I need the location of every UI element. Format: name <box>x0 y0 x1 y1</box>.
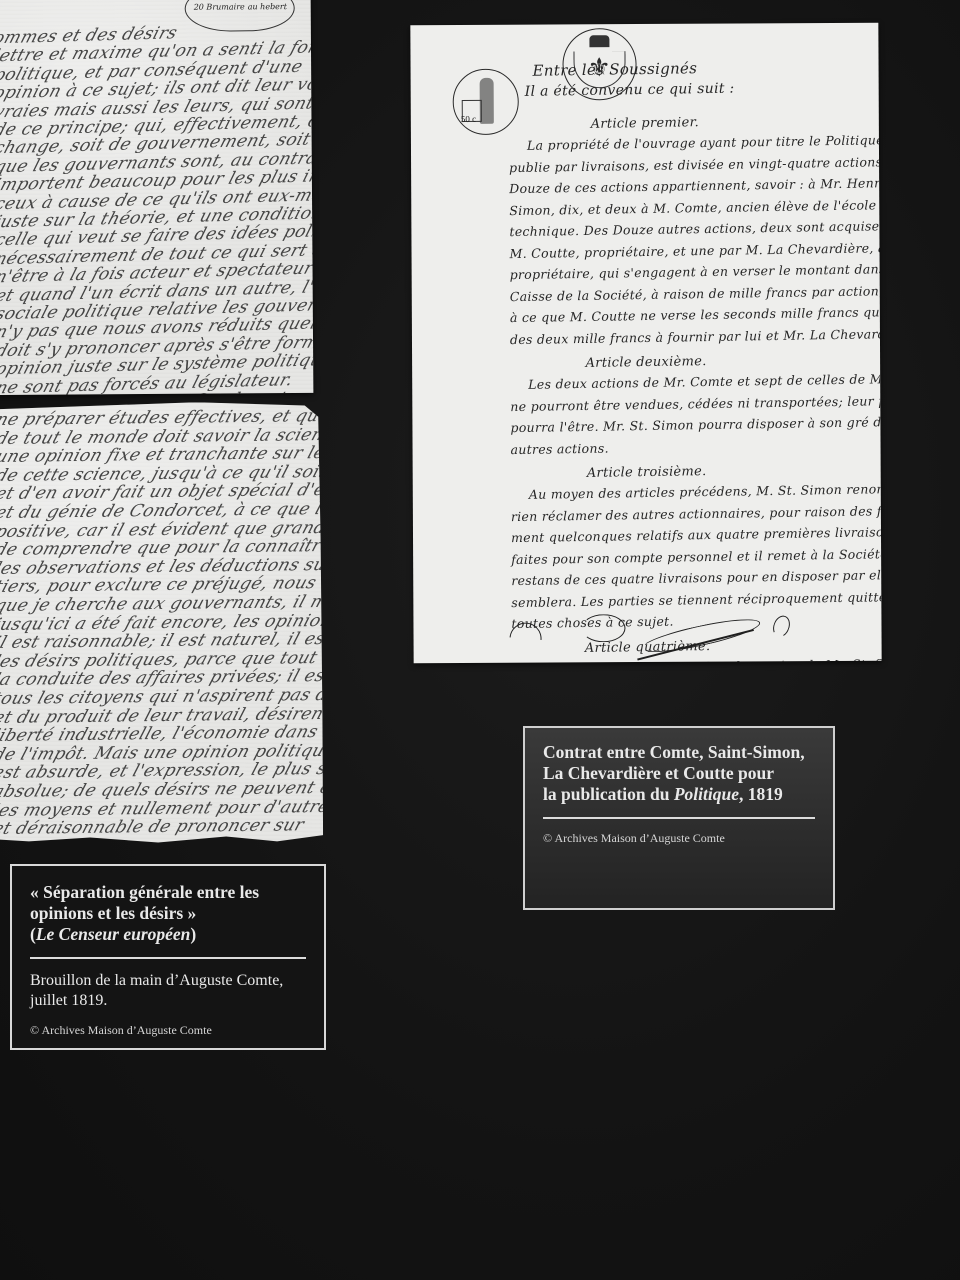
article-line: publie par livraisons, est divisée en vi… <box>411 154 879 176</box>
label-title: « Séparation générale entre les opinions… <box>30 882 306 945</box>
label-divider <box>543 817 815 819</box>
label-description: Brouillon de la main d’Auguste Comte, ju… <box>30 971 306 1011</box>
article-title: Article deuxième. <box>412 351 880 373</box>
label-credit: © Archives Maison d’Auguste Comte <box>543 831 815 846</box>
article-line: semblera. Les parties se tiennent récipr… <box>413 589 881 611</box>
article-line: Douze de ces actions appartiennent, savo… <box>411 175 879 197</box>
article-line: Caisse de la Société, à raison de mille … <box>412 283 880 305</box>
exhibit-label-contract: Contrat entre Comte, Saint-Simon, La Che… <box>523 726 835 910</box>
article-line: autres actions. <box>412 436 880 458</box>
article-line: M. Coutte, propriétaire, et une par M. L… <box>411 240 879 262</box>
article-line: La propriété de l'ouvrage ayant pour tit… <box>411 132 879 154</box>
article-line: faites pour son compte personnel et il r… <box>413 546 881 568</box>
article-line: des deux mille francs à fournir par lui … <box>412 326 880 348</box>
article-line: Simon, dix, et deux à M. Comte, ancien é… <box>411 197 879 219</box>
stamp-text: 20 Brumaire <box>194 2 245 11</box>
article-line: pourra l'être. Mr. St. Simon pourra disp… <box>412 414 880 436</box>
article-line: technique. Des Douze autres actions, deu… <box>411 218 879 240</box>
manuscript-draft-bottom-sheet: ne préparer études effectives, et qu'ild… <box>0 401 332 849</box>
article-line: toutes choses à ce sujet. <box>413 610 881 632</box>
contract-heading: Entre les Soussignés <box>410 56 878 81</box>
exhibit-label-draft: « Séparation générale entre les opinions… <box>10 864 326 1050</box>
article-line: ment quelconques relatifs aux quatre pre… <box>413 524 881 546</box>
stamp-text: au hebert <box>248 2 287 11</box>
article-line: propriétaire, qui s'engagent à en verser… <box>412 261 880 283</box>
manuscript-draft-top-sheet: Mess Dimanche 20 Brumaire au hebert omme… <box>0 0 313 395</box>
handwritten-line: et déraisonnable de prononcer sur <box>0 815 332 839</box>
article-line: ne pourront être vendues, cédées ni tran… <box>412 393 880 415</box>
article-line: Les deux actions de Mr. Comte et sept de… <box>412 371 880 393</box>
label-divider <box>30 957 306 959</box>
contract-document: 50 c ⚜ Entre les Soussignés Il a été con… <box>410 23 881 663</box>
article-line: à ce que M. Coutte ne verse les seconds … <box>412 304 880 326</box>
label-title: Contrat entre Comte, Saint-Simon, La Che… <box>543 742 815 805</box>
article-line: restans de ces quatre livraisons pour en… <box>413 567 881 589</box>
signature-comte-icon <box>581 614 625 642</box>
label-credit: © Archives Maison d’Auguste Comte <box>30 1023 306 1038</box>
article-title: Article troisième. <box>413 461 881 483</box>
article-line: rien réclamer des autres actionnaires, p… <box>413 503 881 525</box>
article-line: Au moyen des articles précédens, M. St. … <box>413 481 881 503</box>
